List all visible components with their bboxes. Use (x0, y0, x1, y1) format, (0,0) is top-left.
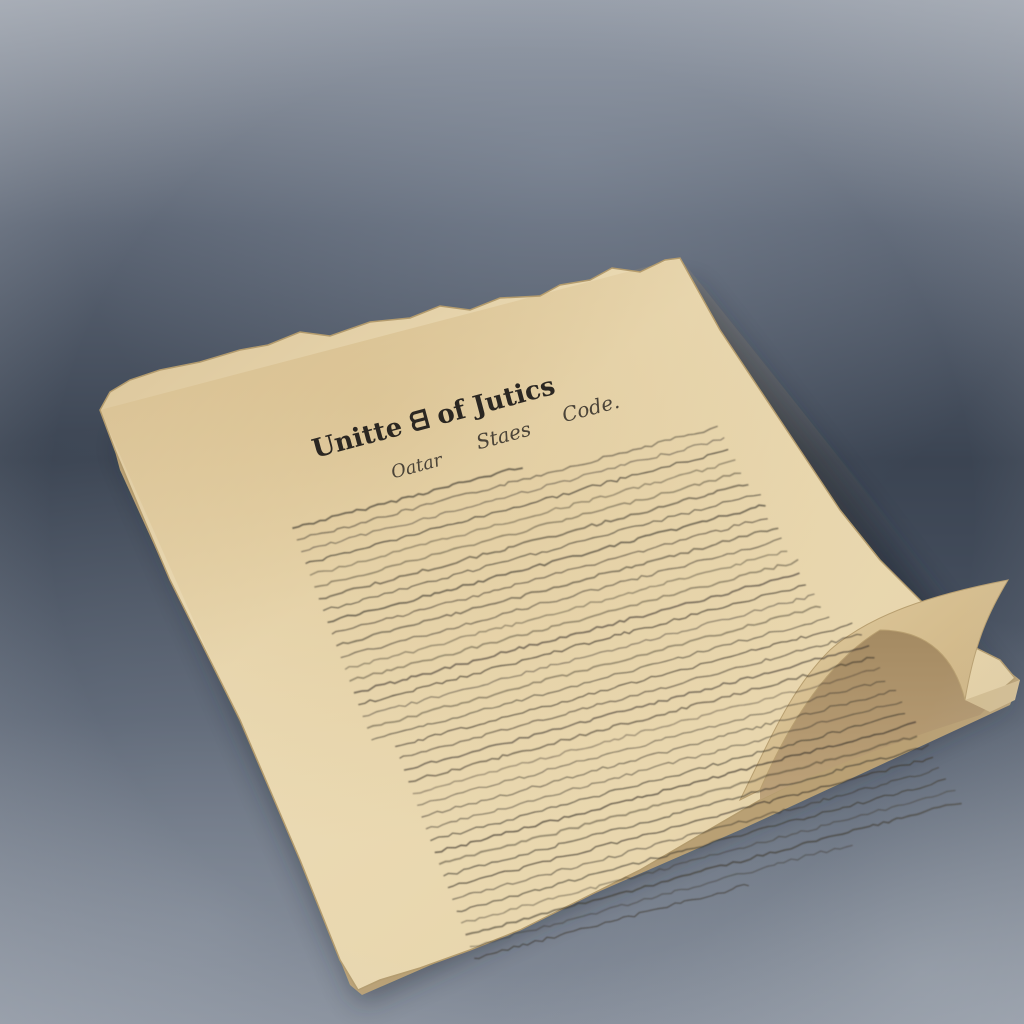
document-illustration: Unitte ᗺ of Jutics Oatar Staes Code. (0, 0, 1024, 1024)
